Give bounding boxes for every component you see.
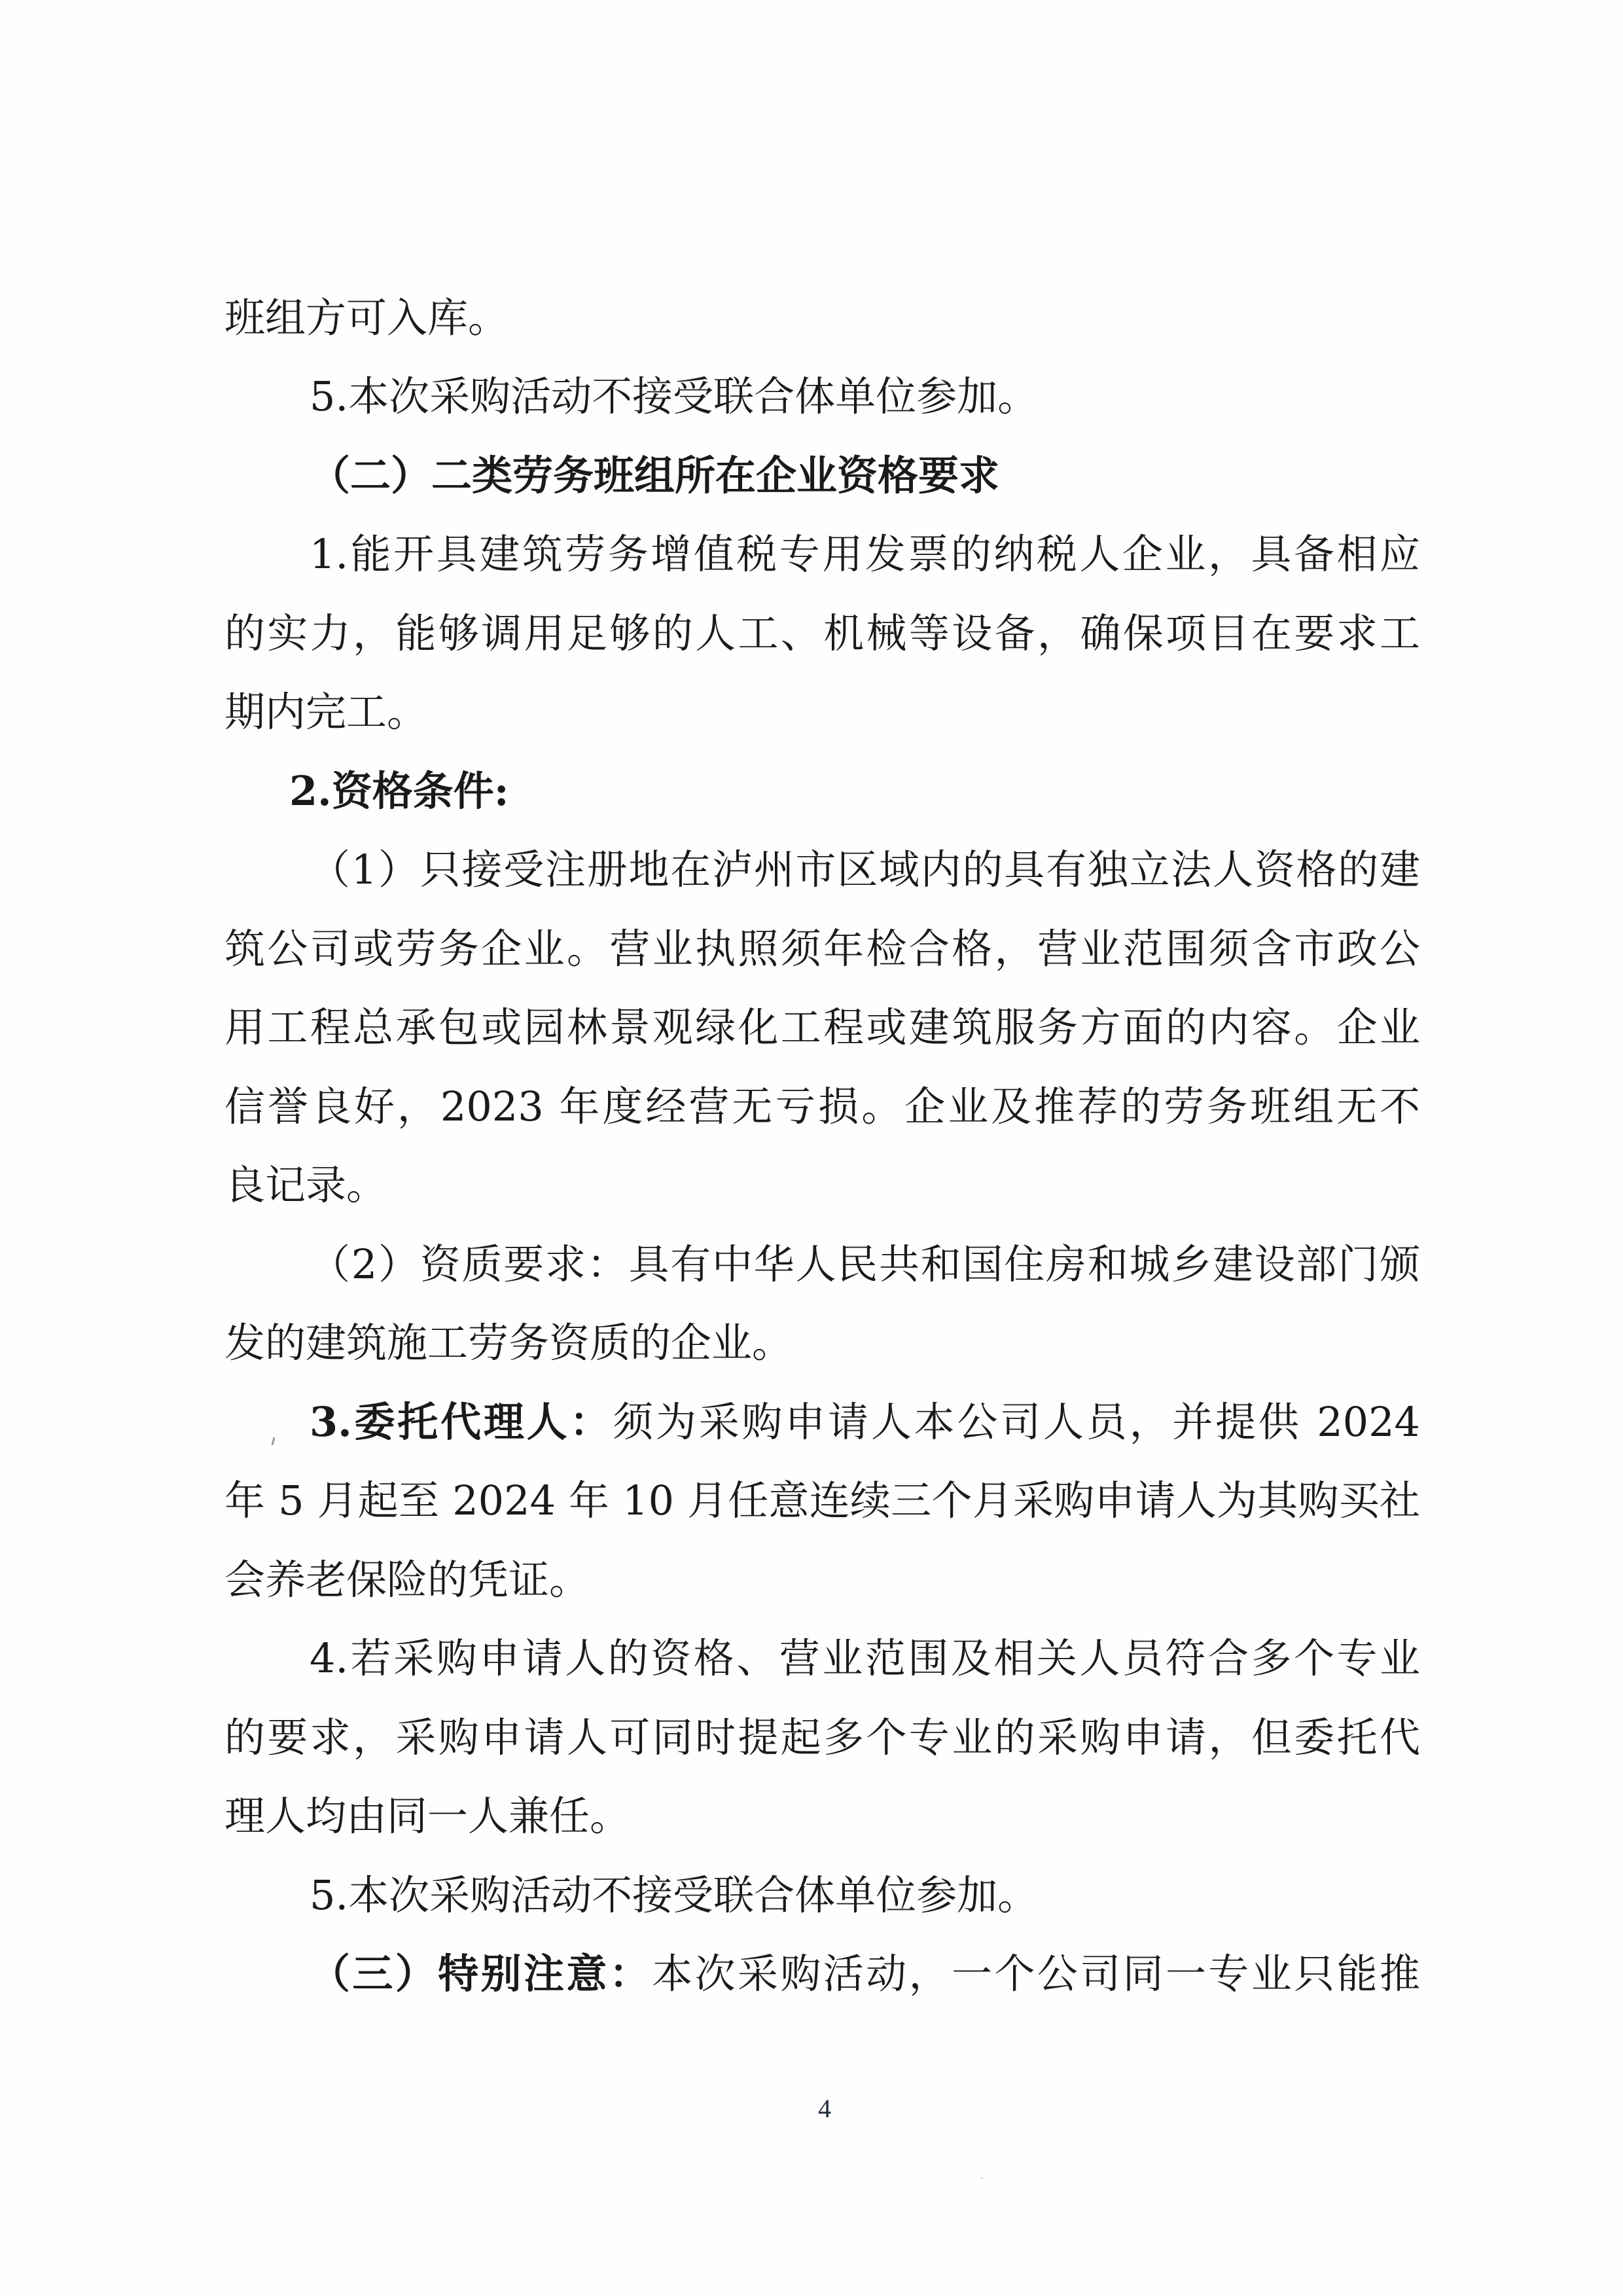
label-authorized-agent: 3.委托代理人： bbox=[310, 1398, 613, 1446]
line-text: 的实力，能够调用足够的人工、机械等设备，确保项目在要求工 bbox=[224, 609, 1420, 657]
list-item-5-no-consortium: 5.本次采购活动不接受联合体单位参加。 bbox=[310, 373, 1420, 452]
line-text: 本次采购活动，一个公司同一专业只能推 bbox=[652, 1950, 1420, 1998]
line-text: 须为采购申请人本公司人员，并提供 2024 bbox=[613, 1398, 1420, 1446]
list-item-1-line-1: 1.能开具建筑劳务增值税专用发票的纳税人企业，具备相应 bbox=[310, 531, 1420, 609]
list-item-1-line-3: 期内完工。 bbox=[224, 689, 1420, 767]
line-text: 理人均由同一人兼任。 bbox=[224, 1792, 630, 1840]
list-item-1-line-2: 的实力，能够调用足够的人工、机械等设备，确保项目在要求工 bbox=[224, 610, 1420, 689]
item-1-line-5: 良记录。 bbox=[224, 1162, 1420, 1240]
line-text: 良记录。 bbox=[224, 1161, 387, 1209]
paragraph-line-continuation: 班组方可入库。 bbox=[224, 295, 1420, 373]
document-page: 班组方可入库。 5.本次采购活动不接受联合体单位参加。 （二）二类劳务班组所在企… bbox=[0, 0, 1623, 2296]
line-text: 4.若采购申请人的资格、营业范围及相关人员符合多个专业 bbox=[310, 1634, 1420, 1682]
line-text: 5.本次采购活动不接受联合体单位参加。 bbox=[310, 1871, 1038, 1919]
list-item-3-line-3: 会养老保险的凭证。 bbox=[224, 1556, 1420, 1635]
line-text: 信誉良好，2023 年度经营无亏损。企业及推荐的劳务班组无不 bbox=[224, 1083, 1420, 1130]
subheading-text: 2.资格条件: bbox=[289, 767, 509, 815]
line-text: （1）只接受注册地在泸州市区域内的具有独立法人资格的建 bbox=[310, 846, 1420, 893]
list-item-4-line-3: 理人均由同一人兼任。 bbox=[224, 1793, 1420, 1871]
line-text: 用工程总承包或园林景观绿化工程或建筑服务方面的内容。企业 bbox=[224, 1003, 1420, 1051]
item-2-line-1: （2）资质要求：具有中华人民共和国住房和城乡建设部门颁 bbox=[310, 1241, 1420, 1319]
item-1-line-1: （1）只接受注册地在泸州市区域内的具有独立法人资格的建 bbox=[310, 846, 1420, 925]
scan-artifact-dot bbox=[981, 2178, 983, 2179]
list-item-4-line-2: 的要求，采购申请人可同时提起多个专业的采购申请，但委托代 bbox=[224, 1714, 1420, 1793]
line-text: 班组方可入库。 bbox=[224, 294, 508, 342]
subheading-qualification-conditions: 2.资格条件: bbox=[289, 768, 1420, 846]
line-text: 的要求，采购申请人可同时提起多个专业的采购申请，但委托代 bbox=[224, 1713, 1420, 1761]
section-special-notice-line-1: （三）特别注意：本次采购活动，一个公司同一专业只能推 bbox=[310, 1950, 1420, 2029]
line-text: 筑公司或劳务企业。营业执照须年检合格，营业范围须含市政公 bbox=[224, 925, 1420, 973]
item-1-line-3: 用工程总承包或园林景观绿化工程或建筑服务方面的内容。企业 bbox=[224, 1004, 1420, 1083]
list-item-4-line-1: 4.若采购申请人的资格、营业范围及相关人员符合多个专业 bbox=[310, 1635, 1420, 1713]
line-text: 5.本次采购活动不接受联合体单位参加。 bbox=[310, 372, 1038, 420]
label-special-notice: （三）特别注意： bbox=[310, 1950, 652, 1998]
item-2-line-2: 发的建筑施工劳务资质的企业。 bbox=[224, 1319, 1420, 1398]
line-text: 1.能开具建筑劳务增值税专用发票的纳税人企业，具备相应 bbox=[310, 530, 1420, 578]
line-text: 会养老保险的凭证。 bbox=[224, 1556, 590, 1604]
line-text: （2）资质要求：具有中华人民共和国住房和城乡建设部门颁 bbox=[310, 1240, 1420, 1288]
line-text: 期内完工。 bbox=[224, 688, 427, 736]
item-1-line-4: 信誉良好，2023 年度经营无亏损。企业及推荐的劳务班组无不 bbox=[224, 1083, 1420, 1162]
line-text: 发的建筑施工劳务资质的企业。 bbox=[224, 1319, 793, 1367]
list-item-5-no-consortium-repeat: 5.本次采购活动不接受联合体单位参加。 bbox=[310, 1872, 1420, 1950]
section-heading-class-two-requirements: （二）二类劳务班组所在企业资格要求 bbox=[310, 452, 1420, 531]
list-item-3-line-2: 年 5 月起至 2024 年 10 月任意连续三个月采购申请人为其购买社 bbox=[224, 1477, 1420, 1556]
item-1-line-2: 筑公司或劳务企业。营业执照须年检合格，营业范围须含市政公 bbox=[224, 925, 1420, 1004]
list-item-3-authorized-agent-line-1: 3.委托代理人：须为采购申请人本公司人员，并提供 2024 bbox=[310, 1399, 1420, 1477]
page-number: 4 bbox=[818, 2093, 831, 2124]
line-text: 年 5 月起至 2024 年 10 月任意连续三个月采购申请人为其购买社 bbox=[224, 1477, 1420, 1524]
scan-artifact-mark bbox=[271, 1437, 275, 1445]
section-heading-text: （二）二类劳务班组所在企业资格要求 bbox=[310, 452, 999, 499]
